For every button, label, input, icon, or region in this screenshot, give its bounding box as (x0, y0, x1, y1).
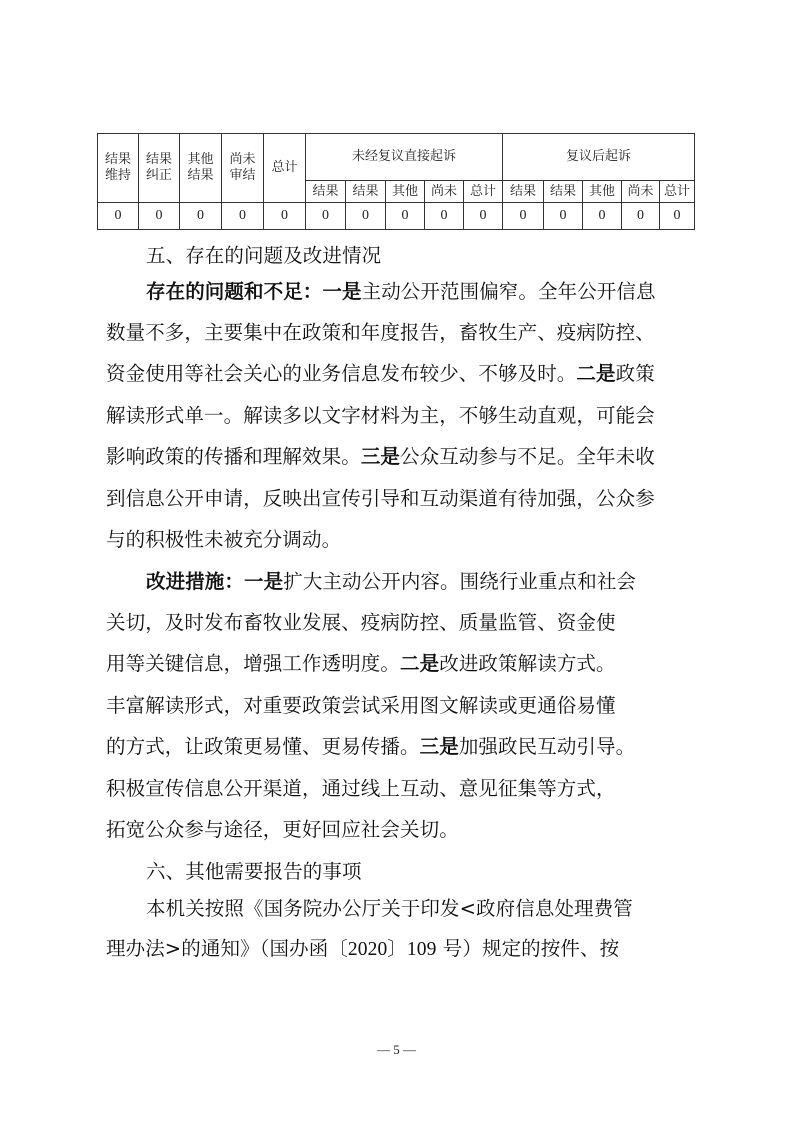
table-cell: 0 (264, 203, 306, 230)
table-cell: 0 (583, 203, 622, 230)
table-cell: 0 (660, 203, 695, 230)
text-line: 关切，及时发布畜牧业发展、疫病防控、质量监管、资金使 (106, 611, 696, 635)
litigation-stats-table: 结果维持 结果纠正 其他结果 尚未审结 总计 未经复议直接起诉 复议后起诉 结果… (97, 133, 695, 230)
table-cell: 0 (503, 203, 544, 230)
subheader: 其他 (386, 181, 425, 203)
table-cell: 0 (222, 203, 264, 230)
table-cell: 0 (544, 203, 583, 230)
text-line: 本机关按照《国务院办公厅关于印发<政府信息处理费管 (146, 897, 736, 921)
table-row: 0 0 0 0 0 0 0 0 0 0 0 0 0 0 0 (98, 203, 695, 230)
text-line: 积极宣传信息公开渠道，通过线上互动、意见征集等方式， (106, 777, 696, 801)
text-line: 影响政策的传播和理解效果。三是公众互动参与不足。全年未收 (106, 445, 696, 469)
problems-label: 存在的问题和不足： (146, 280, 322, 303)
table-cell: 0 (425, 203, 464, 230)
paragraph-problems: 存在的问题和不足：一是主动公开范围偏窄。全年公开信息 (146, 280, 736, 304)
subheader: 结果 (544, 181, 583, 203)
text-line: 解读形式单一。解读多以文字材料为主，不够生动直观，可能会 (106, 404, 696, 428)
header-result-upheld: 结果维持 (98, 134, 139, 203)
text-line: 到信息公开申请，反映出宣传引导和互动渠道有待加强，公众参 (106, 487, 696, 511)
paragraph-measures: 改进措施：一是扩大主动公开内容。围绕行业重点和社会 (146, 570, 736, 594)
header-result-corrected: 结果纠正 (139, 134, 180, 203)
subheader: 结果 (346, 181, 386, 203)
table-cell: 0 (139, 203, 180, 230)
table-cell: 0 (346, 203, 386, 230)
table-cell: 0 (386, 203, 425, 230)
page-number: — 5 — (0, 1042, 793, 1058)
section-heading-5: 五、存在的问题及改进情况 (146, 244, 736, 268)
header-direct-lawsuit: 未经复议直接起诉 (306, 134, 503, 181)
text-line: 的方式，让政策更易懂、更易传播。三是加强政民互动引导。 (106, 735, 696, 759)
text-line: 用等关键信息，增强工作透明度。二是改进政策解读方式。 (106, 652, 696, 676)
measures-label: 改进措施： (146, 570, 244, 593)
header-lawsuit-after-review: 复议后起诉 (503, 134, 695, 181)
table-cell: 0 (98, 203, 139, 230)
text-line: 拓宽公众参与途径，更好回应社会关切。 (106, 818, 696, 842)
text-line: 丰富解读形式，对重要政策尝试采用图文解读或更通俗易懂 (106, 694, 696, 718)
text-line: 数量不多，主要集中在政策和年度报告，畜牧生产、疫病防控、 (106, 321, 696, 345)
table-cell: 0 (464, 203, 503, 230)
subheader: 结果 (306, 181, 346, 203)
subheader: 其他 (583, 181, 622, 203)
text-line: 与的积极性未被充分调动。 (106, 528, 696, 552)
subheader: 总计 (660, 181, 695, 203)
subheader: 尚未 (622, 181, 660, 203)
text-line: 理办法>的通知》（国办函〔2020〕109 号）规定的按件、按 (106, 937, 696, 962)
table-cell: 0 (622, 203, 660, 230)
section-heading-6: 六、其他需要报告的事项 (146, 860, 736, 884)
document-page: 结果维持 结果纠正 其他结果 尚未审结 总计 未经复议直接起诉 复议后起诉 结果… (0, 0, 793, 1122)
header-total: 总计 (264, 134, 306, 203)
table-cell: 0 (306, 203, 346, 230)
header-other-results: 其他结果 (180, 134, 222, 203)
subheader: 尚未 (425, 181, 464, 203)
subheader: 结果 (503, 181, 544, 203)
header-pending: 尚未审结 (222, 134, 264, 203)
subheader: 总计 (464, 181, 503, 203)
text-line: 资金使用等社会关心的业务信息发布较少、不够及时。二是政策 (106, 362, 696, 386)
table-cell: 0 (180, 203, 222, 230)
